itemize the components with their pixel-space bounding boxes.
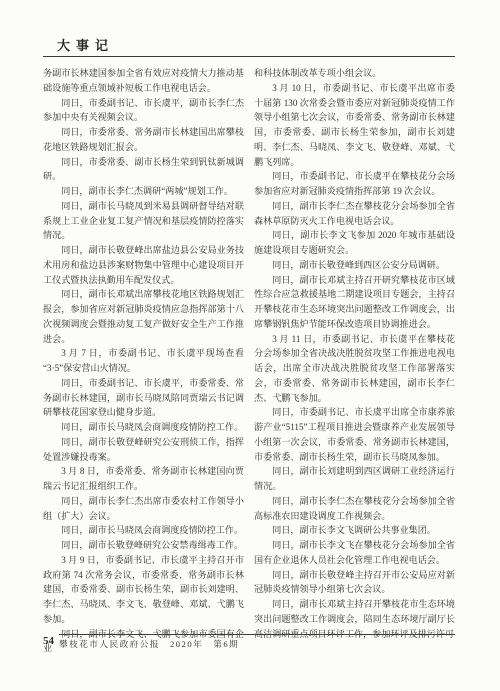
document-page: 大事记 务副市长林建国参加全省有效应对疫情大力推动基础设施等重点领域补短板工作电… (0, 0, 500, 691)
paragraph: 同日，副市长邓斌主持召开研究攀枝花市区域性综合应急救援基地二期建设项目专题会，主… (254, 273, 455, 332)
paragraph: 同日，副市长敬登峰出席盐边县公安局业务技术用房和盐边县涉案财物集中管理中心建设项… (43, 243, 244, 287)
paragraph: 同日，副市长敬登峰研究公安刑侦工作，指挥处置涉嫌投毒案。 (43, 435, 244, 465)
page-footer: 54 攀枝花市人民政府公报2020年第6期 (43, 634, 455, 650)
publication-year: 2020年 (170, 639, 203, 649)
page-number: 54 (43, 634, 59, 648)
text-column-right: 和科技体制改革专项小组会议。3 月 10 日，市委副书记、市长虞平出席市委十届第… (254, 66, 455, 656)
footer-publication-line: 攀枝花市人民政府公报2020年第6期 (59, 634, 455, 650)
paragraph: 和科技体制改革专项小组会议。 (254, 66, 455, 81)
paragraph: 同日，副市长李文飞在攀枝花分会场参加全省国有企业退休人员社会化管理工作电视电话会… (254, 538, 455, 568)
paragraph: 3 月 10 日，市委副书记、市长虞平出席市委十届第 130 次常委会暨市委应对… (254, 81, 455, 170)
paragraph: 同日，副市长刘建明到西区调研工业经济运行情况。 (254, 464, 455, 494)
text-column-left: 务副市长林建国参加全省有效应对疫情大力推动基础设施等重点领域补短板工作电视电话会… (43, 66, 244, 656)
paragraph: 同日，副市长敬登峰研究公安禁毒缉毒工作。 (43, 538, 244, 553)
paragraph: 同日，副市长敬登峰到西区公安分局调研。 (254, 258, 455, 273)
paragraph: 同日，副市长马晓凤会商调度疫情防控工作。 (43, 523, 244, 538)
paragraph: 同日，市委副书记、市长虞平在攀枝花分会场参加省应对新冠肺炎疫情指挥部第 19 次… (254, 169, 455, 199)
paragraph: 同日，副市长李仁杰在攀枝花分会场参加全省森林草原防灭火工作电视电话会议。 (254, 199, 455, 229)
paragraph: 3 月 8 日，市委常委、常务副市长林建国向贾瑞云书记汇报组织工作。 (43, 464, 244, 494)
paragraph: 3 月 7 日，市委副书记、市长虞平现场查看“3·5”保安营山火情况。 (43, 346, 244, 376)
paragraph: 同日，副市长李文飞调研公共事业集团。 (254, 523, 455, 538)
paragraph: 务副市长林建国参加全省有效应对疫情大力推动基础设施等重点领域补短板工作电视电话会… (43, 66, 244, 96)
paragraph: 同日，副市长邓斌出席攀枝花地区铁路规划汇报会，参加省应对新冠肺炎疫情应急指挥部第… (43, 287, 244, 346)
paragraph: 同日，市委副书记、市长虞平，市委常委、常务副市长林建国，副市长马晓凤陪同贾瑞云书… (43, 376, 244, 420)
paragraph: 3 月 11 日，市委副书记、市长虞平在攀枝花分会场参加全省决战决胜脱贫攻坚工作… (254, 332, 455, 406)
paragraph: 同日，市委副书记、市长虞平出席全市康养旅游产业“5115”工程项目推进会暨康养产… (254, 405, 455, 464)
paragraph: 同日，市委副书记、市长虞平，副市长李仁杰参加中央有关视频会议。 (43, 96, 244, 126)
page-content: 大事记 务副市长林建国参加全省有效应对疫情大力推动基础设施等重点领域补短板工作电… (43, 38, 455, 656)
paragraph: 同日，副市长马晓凤到米易县调研督导结对联系规上工业企业复工复产情况和基层疫情防控… (43, 199, 244, 243)
paragraph: 同日，副市长李文飞参加 2020 年城市基础设施建设项目专题研究会。 (254, 228, 455, 258)
publication-issue: 第6期 (213, 639, 239, 649)
paragraph: 同日，市委常委、常务副市长林建国出席攀枝花地区铁路规划汇报会。 (43, 125, 244, 155)
section-header: 大事记 (43, 38, 455, 57)
paragraph: 3 月 9 日，市委副书记、市长虞平主持召开市政府第 74 次常务会议，市委常委… (43, 553, 244, 627)
paragraph: 同日，副市长李仁杰出席市委农村工作领导小组（扩大）会议。 (43, 494, 244, 524)
page-title: 大事记 (43, 38, 455, 53)
paragraph: 同日，市委常委、副市长杨生荣到钒钛新城调研。 (43, 155, 244, 185)
publication-title: 攀枝花市人民政府公报 (59, 639, 160, 649)
paragraph: 同日，副市长李仁杰在攀枝花分会场参加全省高标准农田建设调度工作视频会。 (254, 494, 455, 524)
body-columns: 务副市长林建国参加全省有效应对疫情大力推动基础设施等重点领域补短板工作电视电话会… (43, 66, 455, 656)
paragraph: 同日，副市长敬登峰主持召开市公安局应对新冠肺炎疫情领导小组第七次会议。 (254, 568, 455, 598)
paragraph: 同日，副市长马晓凤会商调度疫情防控工作。 (43, 420, 244, 435)
paragraph: 同日，副市长李仁杰调研“两城”规划工作。 (43, 184, 244, 199)
